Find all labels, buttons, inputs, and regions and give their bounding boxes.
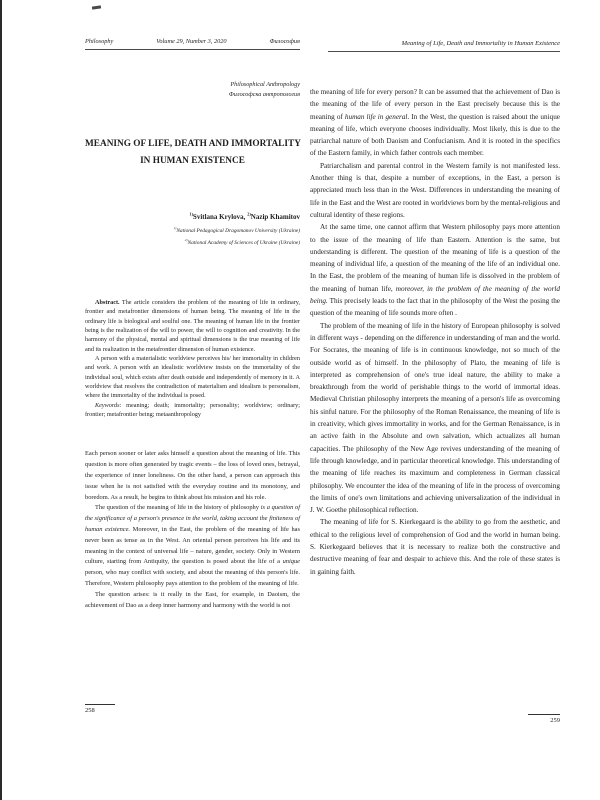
text-run: The article considers the problem of the…: [85, 299, 300, 353]
text-run: A person with a materialistic worldview …: [85, 355, 300, 399]
paragraph: Each person sooner or later asks himself…: [85, 449, 300, 503]
affiliation-2: 2)National Academy of Sciences of Ukrain…: [85, 236, 300, 248]
paragraph: The meaning of life for S. Kierkegaard i…: [310, 516, 560, 577]
section-label: Philosophical Anthropology Философска ан…: [85, 80, 300, 100]
authors-runs: 1)Svitlana Krylova, 2)Nazip Khamitov: [189, 213, 300, 221]
text-run: Abstract.: [95, 299, 120, 306]
paragraph: the meaning of life for every person? It…: [310, 86, 560, 160]
scan-speck-artifact: [92, 5, 101, 9]
text-run: At the same time, one cannot affirm that…: [310, 223, 560, 292]
right-page: Meaning of Life, Death and Immortality i…: [310, 40, 560, 578]
text-run: Svitlana Krylova,: [193, 213, 247, 221]
text-run: This precisely leads to the fact that in…: [310, 297, 560, 317]
scan-edge-artifact: [0, 0, 2, 800]
text-run: The question arises: is it really in the…: [85, 591, 300, 609]
scanned-paper-spread: Philosophy Volume 29, Number 3, 2020 Фил…: [0, 0, 600, 800]
left-running-header: Philosophy Volume 29, Number 3, 2020 Фил…: [85, 38, 300, 50]
footer-rule: [85, 704, 115, 705]
right-body-text: the meaning of life for every person? It…: [310, 86, 560, 578]
page-number-right: 259: [528, 717, 560, 724]
left-page: Philosophy Volume 29, Number 3, 2020 Фил…: [85, 38, 300, 611]
article-title-line1: MEANING OF LIFE, DEATH AND IMMORTALITY: [85, 136, 300, 153]
section-label-en: Philosophical Anthropology: [85, 80, 300, 90]
text-run: human life in general: [345, 113, 408, 121]
text-run: Keywords: [95, 402, 120, 409]
abstract-block: Abstract. The article considers the prob…: [85, 298, 300, 419]
text-run: National Academy of Sciences of Ukraine …: [188, 240, 300, 246]
affiliation-1: 1)National Pedagogical Dragomanov Univer…: [85, 224, 300, 236]
text-run: Each person sooner or later asks himself…: [85, 450, 300, 500]
paragraph: The question arises: is it really in the…: [85, 590, 300, 612]
left-page-footer: 258: [85, 704, 115, 714]
paragraph: The problem of the meaning of life in th…: [310, 320, 560, 517]
paragraph: At the same time, one cannot affirm that…: [310, 221, 560, 319]
authors-line: 1)Svitlana Krylova, 2)Nazip Khamitov: [85, 212, 300, 221]
paragraph: Keywords: meaning; death; immortality; p…: [85, 401, 300, 420]
text-run: Nazip Khamitov: [251, 213, 300, 221]
journal-name-cyrillic: Философия: [269, 38, 300, 45]
article-title: MEANING OF LIFE, DEATH AND IMMORTALITY I…: [85, 136, 300, 170]
text-run: National Pedagogical Dragomanov Universi…: [176, 228, 300, 234]
paragraph: Abstract. The article considers the prob…: [85, 298, 300, 354]
paragraph: Patriarchalism and parental control in t…: [310, 160, 560, 221]
paragraph: A person with a materialistic worldview …: [85, 354, 300, 401]
affiliations: 1)National Pedagogical Dragomanov Univer…: [85, 224, 300, 248]
footer-rule: [528, 714, 560, 715]
text-run: person, who may conflict with society, a…: [85, 569, 300, 587]
text-run: The question of the meaning of life in t…: [95, 504, 261, 511]
text-run: Patriarchalism and parental control in t…: [310, 162, 560, 219]
text-run: The meaning of life for S. Kierkegaard i…: [310, 518, 560, 575]
page-number-left: 258: [85, 707, 115, 714]
right-page-footer: 259: [528, 714, 560, 724]
issue-info: Volume 29, Number 3, 2020: [156, 38, 226, 45]
section-label-bg: Философска антропология: [85, 90, 300, 100]
text-run: unique: [283, 558, 300, 565]
left-body-text: Each person sooner or later asks himself…: [85, 449, 300, 611]
article-title-line2: IN HUMAN EXISTENCE: [85, 153, 300, 170]
text-run: The problem of the meaning of life in th…: [310, 322, 560, 514]
right-running-header: Meaning of Life, Death and Immortality i…: [328, 40, 560, 52]
paragraph: The question of the meaning of life in t…: [85, 503, 300, 589]
journal-name: Philosophy: [85, 38, 113, 45]
